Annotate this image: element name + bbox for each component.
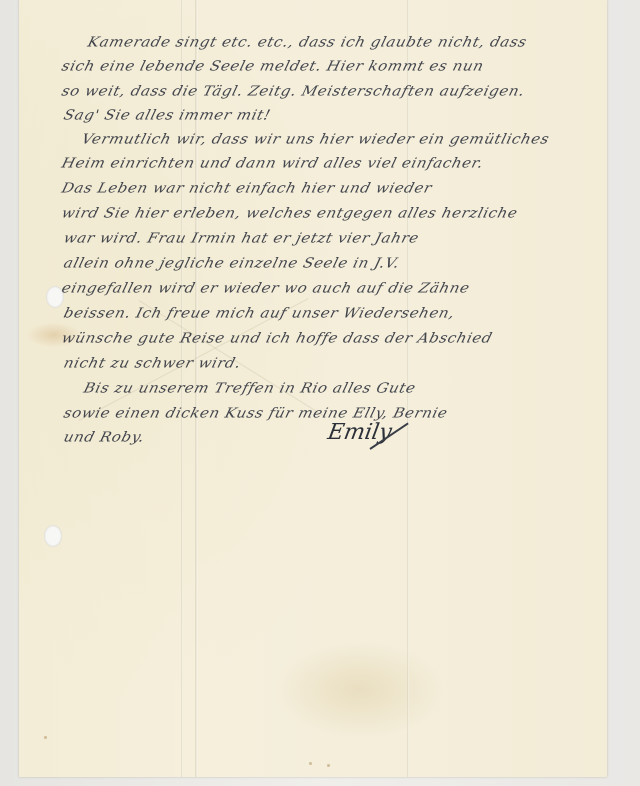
letter-line: Heim einrichten und dann wird alles viel… [60, 154, 485, 171]
letter-line: sich eine lebende Seele meldet. Hier kom… [60, 57, 486, 74]
letter-line: sowie einen dicken Kuss für meine Elly, … [62, 404, 450, 421]
letter-line: so weit, dass die Tägl. Zeitg. Meistersc… [60, 82, 527, 99]
letter-line: eingefallen wird er wieder wo auch auf d… [60, 279, 472, 296]
letter-line: nicht zu schwer wird. [62, 354, 243, 371]
letter-line: Kamerade singt etc. etc., dass ich glaub… [86, 33, 529, 50]
punch-hole [44, 525, 62, 547]
stain [327, 764, 330, 767]
letter-line: und Roby. [62, 428, 146, 445]
letter-line: war wird. Frau Irmin hat er jetzt vier J… [62, 229, 421, 246]
letter-line: Bis zu unserem Treffen in Rio alles Gute [82, 379, 418, 396]
letter-line: wünsche gute Reise und ich hoffe dass de… [60, 329, 494, 346]
letter-line: Das Leben war nicht einfach hier und wie… [60, 179, 434, 196]
stain [44, 736, 47, 739]
letter-line: Vermutlich wir, dass wir uns hier wieder… [80, 130, 551, 147]
letter-line: allein ohne jegliche einzelne Seele in J… [62, 254, 402, 271]
letter-line: beissen. Ich freue mich auf unser Wieder… [62, 304, 457, 321]
letter-line: Sag' Sie alles immer mit! [62, 106, 273, 123]
stain [309, 762, 312, 765]
signature: Emily [326, 420, 394, 445]
letter-line: wird Sie hier erleben, welches entgegen … [60, 204, 520, 221]
